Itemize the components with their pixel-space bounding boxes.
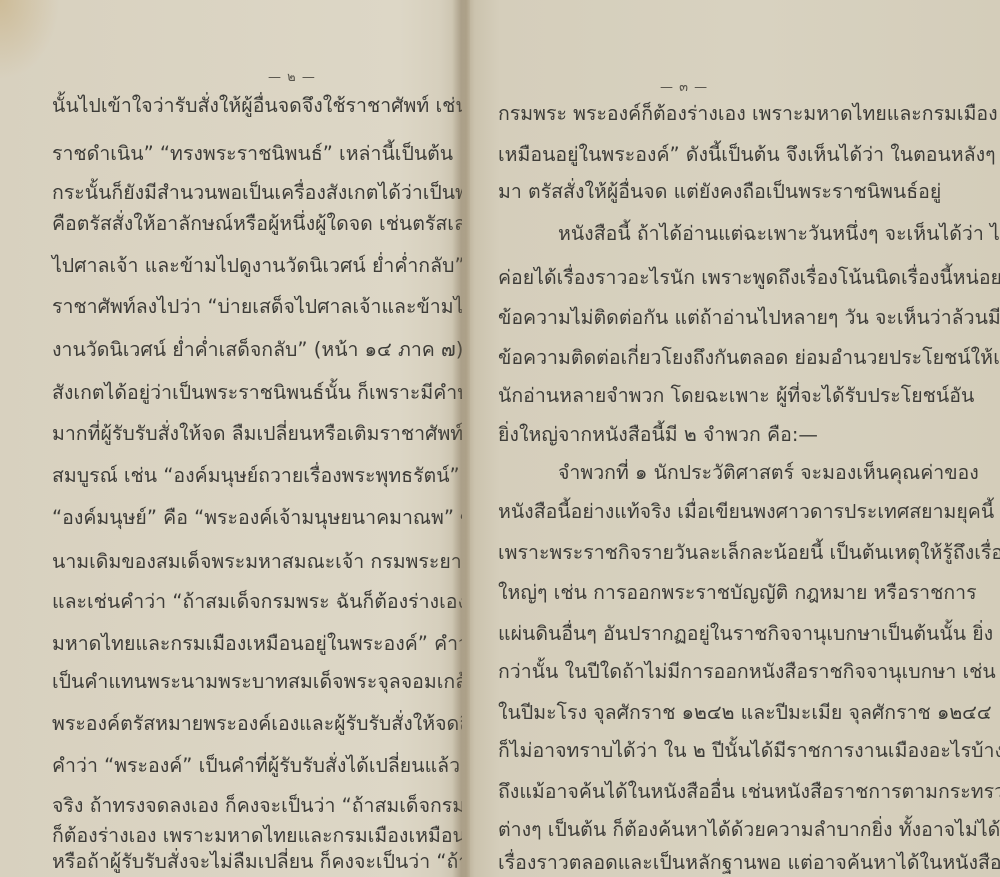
text-line: ใหญ่ๆ เช่น การออกพระราชบัญญัติ กฎหมาย หร… — [498, 583, 977, 603]
text-line: สมบูรณ์ เช่น “องค์มนุษย์ถวายเรื่องพระพุท… — [52, 466, 460, 486]
left-page: — ๒ — นั้นไปเข้าใจว่ารับสั่งให้ผู้อื่นจด… — [0, 0, 462, 877]
text-line: ยิ่งใหญ่จากหนังสือนี้มี ๒ จำพวก คือ:— — [498, 425, 818, 445]
text-line: เหมือนอยู่ในพระองค์” ดังนี้เป็นต้น จึงเห… — [498, 145, 996, 165]
text-line: “องค์มนุษย์” คือ “พระองค์เจ้ามนุษยนาคมาณ… — [52, 508, 462, 528]
text-line: พระองค์ตรัสหมายพระองค์เองและผู้รับรับสั่… — [52, 714, 462, 734]
page-number: — ๓ — — [660, 76, 708, 97]
text-line: งานวัดนิเวศน์ ย่ำค่ำเสด็จกลับ” (หน้า ๑๔ … — [52, 340, 462, 360]
text-line: จำพวกที่ ๑ นักประวัติศาสตร์ จะมองเห็นคุณ… — [558, 463, 979, 483]
text-line: ค่อยได้เรื่องราวอะไรนัก เพราะพูดถึงเรื่อ… — [498, 268, 1000, 288]
text-line: ถึงแม้อาจค้นได้ในหนังสืออื่น เช่นหนังสือ… — [498, 782, 1000, 802]
text-line: กระนั้นก็ยังมีสำนวนพอเป็นเครื่องสังเกตได… — [52, 183, 462, 203]
text-line: เรื่องราวตลอดและเป็นหลักฐานพอ แต่อาจค้นห… — [498, 853, 1000, 873]
text-line: นั้นไปเข้าใจว่ารับสั่งให้ผู้อื่นจดจึงใช้… — [52, 96, 462, 116]
text-line: ราชดำเนิน” “ทรงพระราชนิพนธ์” เหล่านี้เป็… — [52, 144, 453, 164]
text-line: เป็นคำแทนพระนามพระบาทสมเด็จพระจุลจอมเกล้… — [52, 672, 462, 692]
text-line: จริง ถ้าทรงจดลงเอง ก็คงจะเป็นว่า “ถ้าสมเ… — [52, 796, 462, 816]
right-page: — ๓ — กรมพระ พระองค์ก็ต้องร่างเอง เพราะม… — [462, 0, 1000, 877]
page-number: — ๒ — — [268, 66, 316, 87]
text-line: ข้อความไม่ติดต่อกัน แต่ถ้าอ่านไปหลายๆ วั… — [498, 308, 1000, 328]
text-line: ในปีมะโรง จุลศักราช ๑๒๔๒ และปีมะเมีย จุล… — [498, 703, 992, 723]
text-line: สังเกตได้อยู่ว่าเป็นพระราชนิพนธ์นั้น ก็เ… — [52, 383, 462, 403]
text-line: มา ตรัสสั่งให้ผู้อื่นจด แต่ยังคงถือเป็นพ… — [498, 182, 941, 202]
text-line: ไปศาลเจ้า และข้ามไปดูงานวัดนิเวศน์ ย่ำค่… — [52, 256, 462, 276]
text-line: ราชาศัพท์ลงไปว่า “บ่ายเสด็จไปศาลเจ้าและข… — [52, 297, 462, 317]
text-line: นักอ่านหลายจำพวก โดยฉะเพาะ ผู้ที่จะได้รั… — [498, 386, 974, 406]
text-line: เพราะพระราชกิจรายวันละเล็กละน้อยนี้ เป็น… — [498, 543, 1000, 563]
text-line: ก็ต้องร่างเอง เพราะมหาดไทยและกรมเมืองเหม… — [52, 826, 462, 846]
text-line: กรมพระ พระองค์ก็ต้องร่างเอง เพราะมหาดไทย… — [498, 104, 998, 124]
text-line: ข้อความติดต่อเกี่ยวโยงถึงกันตลอด ย่อมอำน… — [498, 348, 1000, 368]
open-book-spread: — ๒ — นั้นไปเข้าใจว่ารับสั่งให้ผู้อื่นจด… — [0, 0, 1000, 877]
text-line: นามเดิมของสมเด็จพระมหาสมณะเจ้า กรมพระยาว… — [52, 552, 462, 572]
text-line: หนังสือนี้ ถ้าได้อ่านแต่ฉะเพาะวันหนึ่งๆ … — [558, 224, 1000, 244]
text-line: คำว่า “พระองค์” เป็นคำที่ผู้รับรับสั่งได… — [52, 756, 462, 776]
text-line: หนังสือนี้อย่างแท้จริง เมื่อเขียนพงศาวดา… — [498, 502, 994, 522]
text-line: หรือถ้าผู้รับรับสั่งจะไม่ลืมเปลี่ยน ก็คง… — [52, 852, 462, 872]
text-line: และเช่นคำว่า “ถ้าสมเด็จกรมพระ ฉันก็ต้องร… — [52, 592, 462, 612]
text-line: ก็ไม่อาจทราบได้ว่า ใน ๒ ปีนั้นได้มีราชกา… — [498, 741, 1000, 761]
text-line: มากที่ผู้รับรับสั่งให้จด ลืมเปลี่ยนหรือเ… — [52, 424, 462, 444]
text-line: คือตรัสสั่งให้อาลักษณ์หรือผู้หนึ่งผู้ใดจ… — [52, 214, 462, 234]
text-line: แผ่นดินอื่นๆ อันปรากฏอยู่ในราชกิจจานุเบก… — [498, 624, 993, 644]
text-line: ต่างๆ เป็นต้น ก็ต้องค้นหาได้ด้วยความลำบา… — [498, 820, 1000, 840]
text-line: กว่านั้น ในปีใดถ้าไม่มีการออกหนังสือราชก… — [498, 662, 996, 682]
text-line: มหาดไทยและกรมเมืองเหมือนอยู่ในพระองค์” ค… — [52, 634, 462, 654]
